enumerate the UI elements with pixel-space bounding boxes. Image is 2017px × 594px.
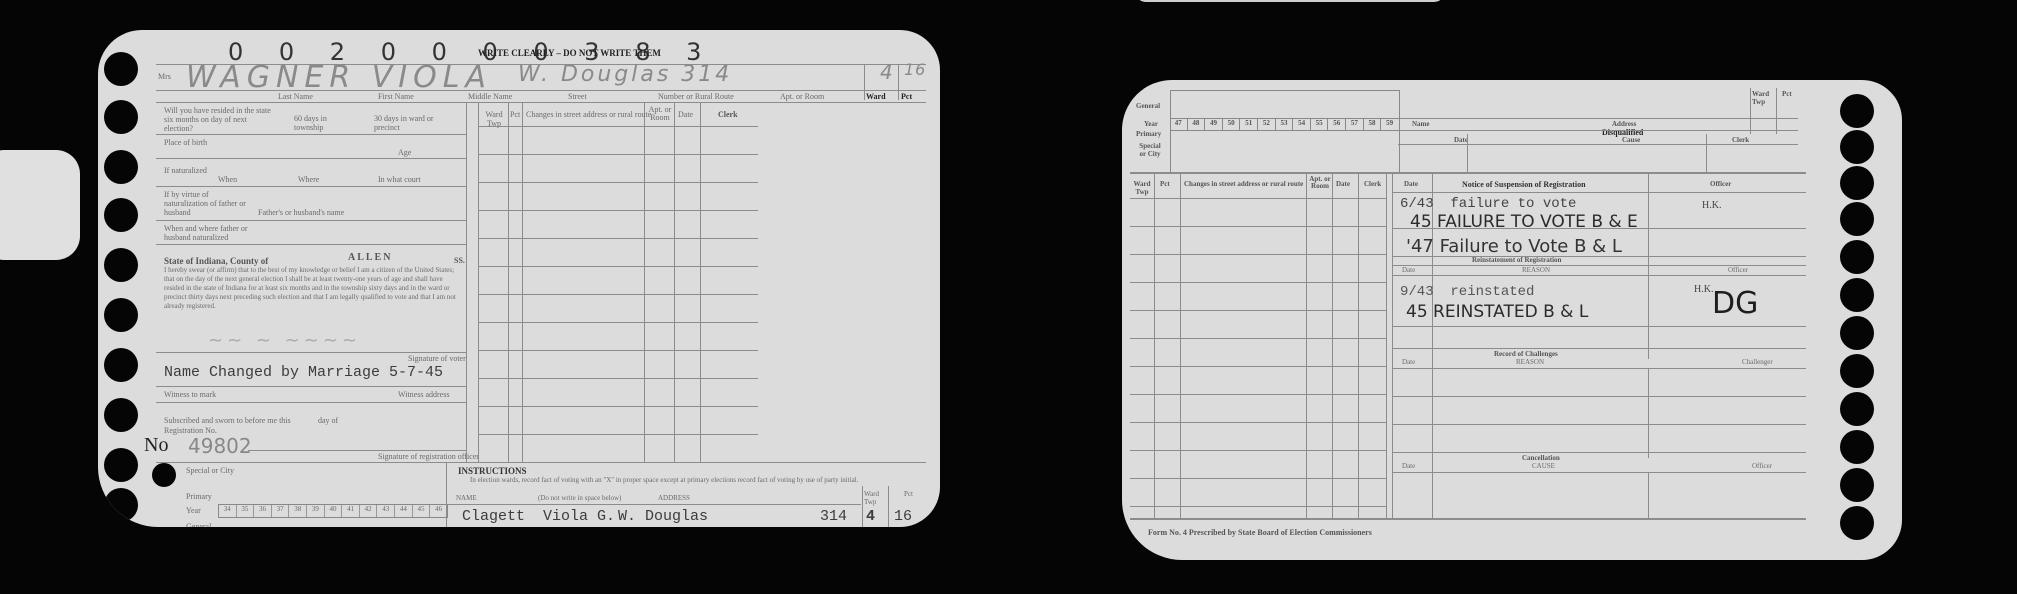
label-special-city: Special or City <box>186 466 234 475</box>
label-number-rural: Number or Rural Route <box>658 92 734 101</box>
header-notice: WRITE CLEARLY – DO NOT WRITE THEM <box>478 48 661 58</box>
label-do-not-write: (Do not write in space below) <box>538 494 621 502</box>
label-day-of: day of <box>318 416 338 425</box>
label-state-line: State of Indiana, County of <box>164 256 268 266</box>
punch-hole <box>104 448 138 482</box>
punch-hole <box>1840 202 1874 236</box>
title-prefix: Mrs <box>158 72 171 81</box>
label-primary: Primary <box>1136 130 1161 138</box>
oath-text: I hereby swear (or affirm) that to the b… <box>164 266 464 311</box>
typed-footer-street: W. Douglas <box>618 508 708 525</box>
label-date: Date <box>1454 136 1468 144</box>
punch-hole <box>1840 166 1874 200</box>
label-ward-twp: Ward Twp <box>1752 90 1774 106</box>
label-witness-address: Witness address <box>398 390 449 399</box>
punch-hole <box>1840 240 1874 274</box>
punch-hole <box>104 248 138 282</box>
label-primary: Primary <box>186 492 212 501</box>
label-apt-room: Apt. or Room <box>780 92 824 101</box>
ward-handwritten: 4 <box>880 60 894 84</box>
label-pct-bottom: Pct <box>904 490 913 498</box>
address-handwritten: W. Douglas 314 <box>518 62 732 87</box>
reinstatement-reason-col: REASON <box>1522 266 1550 274</box>
label-age: Age <box>398 148 411 157</box>
col-changes: Changes in street address or rural route <box>526 110 651 119</box>
form-footer: Form No. 4 Prescribed by State Board of … <box>1148 528 1372 537</box>
label-general: General <box>1136 102 1160 110</box>
reinstatement-officer-stamp: DG <box>1712 286 1758 321</box>
adjacent-card-edge <box>0 150 80 260</box>
suspension-title: Notice of Suspension of Registration <box>1462 180 1586 189</box>
label-ward-twp-bottom: Ward Twp <box>864 490 886 506</box>
pct-handwritten: 16 <box>904 60 926 79</box>
label-last-name: Last Name <box>278 92 313 101</box>
label-naturalized: If naturalized <box>164 166 207 175</box>
label-resided-question: Will you have resided in the state six m… <box>164 106 274 133</box>
label-name-col: NAME <box>456 494 477 502</box>
punch-hole <box>104 198 138 232</box>
reinstatement-date-col: Date <box>1402 266 1415 274</box>
label-first-name: First Name <box>378 92 414 101</box>
cancellation-officer-col: Officer <box>1752 462 1772 470</box>
punch-hole <box>1840 94 1874 128</box>
registration-number: 49802 <box>188 434 252 458</box>
punch-hole <box>104 488 138 522</box>
label-cause: Cause <box>1622 136 1640 144</box>
punch-hole <box>1840 130 1874 164</box>
adjacent-card-top-edge <box>1135 0 1445 2</box>
label-place-birth: Place of birth <box>164 138 207 147</box>
label-address: Address <box>1612 120 1636 128</box>
label-name: Name <box>1412 120 1430 128</box>
reinstatement-entry-typed: 9/43 reinstated <box>1400 284 1534 300</box>
instructions-title: INSTRUCTIONS <box>458 466 527 476</box>
punch-hole <box>104 100 138 134</box>
label-ward: Ward <box>866 92 886 101</box>
punch-hole <box>104 348 138 382</box>
voter-signature: ~~ ~ ~~~~ <box>208 330 361 351</box>
label-subscribed: Subscribed and sworn to before me this <box>164 416 291 425</box>
punch-hole <box>104 398 138 432</box>
challenges-date-col: Date <box>1402 358 1415 366</box>
label-30-days: 30 days in ward or precinct <box>374 114 444 132</box>
col-pct: Pct <box>1160 180 1170 188</box>
punch-hole <box>104 150 138 184</box>
col-date: Date <box>1336 180 1350 188</box>
label-middle-name: Middle Name <box>468 92 512 101</box>
reinstatement-officer-initials: H.K. <box>1694 284 1713 295</box>
reinstatement-title: Reinstatement of Registration <box>1472 256 1561 264</box>
label-60-days: 60 days in township <box>294 114 354 132</box>
punch-hole <box>1840 430 1874 464</box>
reg-number-prefix: No <box>144 434 168 457</box>
label-year: Year <box>1144 120 1158 128</box>
reinstatement-officer-col: Officer <box>1728 266 1748 274</box>
suspension-officer-col: Officer <box>1710 180 1731 188</box>
suspension-date-col: Date <box>1404 180 1418 188</box>
county-name: ALLEN <box>348 252 392 263</box>
suspension-entry-1947: '47 Failure to Vote B & L <box>1406 236 1622 257</box>
label-pct: Pct <box>1782 90 1792 98</box>
cancellation-date-col: Date <box>1402 462 1415 470</box>
punch-hole <box>104 52 138 86</box>
label-ss: SS. <box>454 256 465 265</box>
punch-hole <box>104 298 138 332</box>
cancellation-cause-col: CAUSE <box>1532 462 1555 470</box>
col-clerk: Clerk <box>1364 180 1381 188</box>
challenges-reason-col: REASON <box>1516 358 1544 366</box>
year-row: 34 35 36 37 38 39 40 41 42 43 44 45 46 <box>218 504 448 518</box>
vote-grid <box>1170 90 1400 174</box>
suspension-entry-typed: 6/43 failure to vote <box>1400 196 1576 212</box>
col-changes: Changes in street address or rural route <box>1184 180 1303 188</box>
instructions-text: In election wards, record fact of voting… <box>470 476 910 484</box>
registration-card-front: 0 0 2 0 0 0 0 3 8 3 WRITE CLEARLY – DO N… <box>98 30 940 527</box>
label-by-virtue: If by virtue of naturalization of father… <box>164 190 254 217</box>
challenges-title: Record of Challenges <box>1494 350 1558 358</box>
suspension-officer-initials: H.K. <box>1702 200 1721 211</box>
year-row: 47 48 49 50 51 52 53 54 55 56 57 58 59 <box>1170 118 1398 131</box>
label-when: When <box>218 175 237 184</box>
punch-hole <box>1840 506 1874 540</box>
reinstatement-entry-stamp: 45 REINSTATED B & L <box>1406 302 1588 322</box>
typed-footer-name: Clagett Viola G. <box>462 508 615 525</box>
suspension-entry-stamp: 45 FAILURE TO VOTE B & E <box>1410 212 1638 232</box>
col-date: Date <box>678 110 693 119</box>
typed-name-change-note: Name Changed by Marriage 5-7-45 <box>164 364 443 381</box>
col-apt-room: Apt. or Room <box>1308 176 1332 190</box>
typed-footer-number: 314 <box>820 508 847 525</box>
label-signature-officer: Signature of registration officer <box>378 452 479 461</box>
punch-hole <box>152 463 176 487</box>
punch-hole <box>1840 278 1874 312</box>
punch-hole <box>1840 392 1874 426</box>
label-address-col: ADDRESS <box>658 494 690 502</box>
col-apt-room: Apt. or Room <box>646 106 674 122</box>
label-signature-voter: Signature of voter <box>408 354 466 363</box>
typed-footer-pct: 16 <box>894 508 912 525</box>
label-year: Year <box>186 506 201 515</box>
label-general: General <box>186 522 211 527</box>
punch-hole <box>1840 316 1874 350</box>
label-what-court: In what court <box>378 175 421 184</box>
label-special: Special or City <box>1138 142 1162 158</box>
label-witness-mark: Witness to mark <box>164 390 216 399</box>
registration-card-back: General Year Primary Special or City 47 … <box>1122 80 1902 560</box>
label-pct: Pct <box>901 92 912 101</box>
label-clerk: Clerk <box>1732 136 1749 144</box>
typed-footer-ward: 4 <box>866 508 875 525</box>
label-street: Street <box>568 92 587 101</box>
label-where: Where <box>298 175 319 184</box>
col-ward-twp: Ward Twp <box>1130 180 1154 196</box>
col-clerk: Clerk <box>718 110 738 119</box>
label-fathers-name: Father's or husband's name <box>258 208 344 217</box>
cancellation-title: Cancellation <box>1522 454 1560 462</box>
col-pct: Pct <box>510 110 520 119</box>
punch-hole <box>1840 468 1874 502</box>
challenges-challenger-col: Challenger <box>1742 358 1773 366</box>
punch-hole <box>1840 354 1874 388</box>
label-when-where: When and where father or husband natural… <box>164 224 254 242</box>
